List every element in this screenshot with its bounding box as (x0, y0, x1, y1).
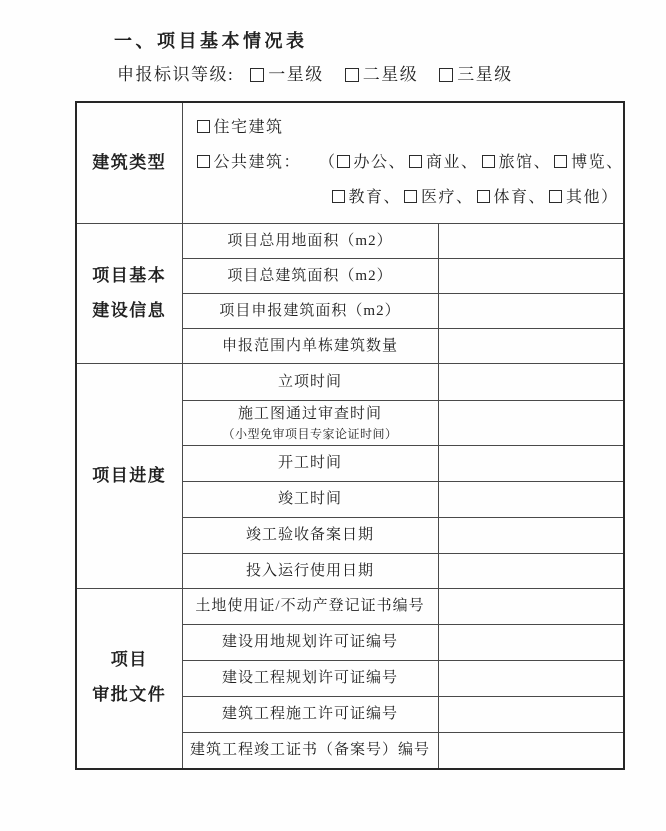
field-label: 项目总用地面积（m2） (182, 224, 438, 259)
public-option-label: 医疗、 (421, 189, 474, 206)
field-label-sub: （小型免审项目专家论证时间） (183, 426, 438, 443)
group-cell-basic-construction-info: 项目基本 建设信息 (76, 224, 182, 364)
checkbox-icon (197, 155, 210, 168)
public-option-label: 旅馆、 (499, 154, 552, 171)
rating-option-label: 一星级 (268, 65, 324, 84)
public-option-label: 教育、 (349, 189, 402, 206)
public-option: 教育、 (332, 189, 402, 206)
building-type-public-line2: 教育、医疗、体育、其他） (197, 183, 618, 213)
field-label: 建设工程规划许可证编号 (182, 661, 438, 697)
public-building-label: 公共建筑： (214, 154, 302, 171)
checkbox-icon (477, 190, 490, 203)
field-label: 开工时间 (182, 446, 438, 482)
field-value-cell (438, 482, 624, 518)
checkbox-icon (549, 190, 562, 203)
field-label: 立项时间 (182, 364, 438, 401)
paren-open: （ (327, 154, 337, 171)
field-value-cell (438, 589, 624, 625)
public-option: 办公、 (337, 154, 407, 171)
rating-option-one-star: 一星级 (250, 62, 324, 88)
group-cell-approval-documents: 项目 审批文件 (76, 589, 182, 769)
field-value-cell (438, 329, 624, 364)
public-option-label: 办公、 (354, 154, 407, 171)
group-label-line: 审批文件 (77, 678, 182, 713)
field-label: 项目申报建筑面积（m2） (182, 294, 438, 329)
public-option: 医疗、 (404, 189, 474, 206)
table-row: 项目 审批文件 土地使用证/不动产登记证书编号 (76, 589, 624, 625)
field-value-cell (438, 661, 624, 697)
checkbox-icon (337, 155, 350, 168)
public-option: 商业、 (409, 154, 479, 171)
building-type-residential: 住宅建筑 (197, 113, 618, 143)
field-value-cell (438, 259, 624, 294)
field-value-cell (438, 518, 624, 554)
group-label-line: 项目 (77, 643, 182, 678)
field-value-cell (438, 733, 624, 769)
group-label-line: 项目进度 (77, 459, 182, 494)
field-label: 建筑工程施工许可证编号 (182, 697, 438, 733)
field-label: 建设用地规划许可证编号 (182, 625, 438, 661)
field-label: 投入运行使用日期 (182, 554, 438, 589)
field-value-cell (438, 446, 624, 482)
rating-line: 申报标识等级: 一星级 二星级 三星级 (0, 62, 666, 88)
field-label: 申报范围内单栋建筑数量 (182, 329, 438, 364)
group-cell-building-type: 建筑类型 (76, 102, 182, 224)
rating-label: 申报标识等级: (117, 62, 234, 88)
field-label: 项目总建筑面积（m2） (182, 259, 438, 294)
field-value-cell (438, 364, 624, 401)
group-cell-project-schedule: 项目进度 (76, 364, 182, 589)
field-value-cell (438, 625, 624, 661)
public-option: 旅馆、 (482, 154, 552, 171)
checkbox-icon (250, 68, 264, 82)
field-label: 竣工时间 (182, 482, 438, 518)
table-row: 项目基本 建设信息 项目总用地面积（m2） (76, 224, 624, 259)
field-value-cell (438, 294, 624, 329)
rating-option-two-star: 二星级 (345, 62, 419, 88)
building-type-options-cell: 住宅建筑 公共建筑：（办公、商业、旅馆、博览、 教育、医疗、体育、其他） (182, 102, 624, 224)
field-label: 土地使用证/不动产登记证书编号 (182, 589, 438, 625)
checkbox-icon (439, 68, 453, 82)
field-value-cell (438, 697, 624, 733)
checkbox-icon (554, 155, 567, 168)
public-option-label: 其他） (566, 189, 619, 206)
public-option-label: 体育、 (494, 189, 547, 206)
residential-label: 住宅建筑 (214, 119, 284, 136)
project-info-table: 建筑类型 住宅建筑 公共建筑：（办公、商业、旅馆、博览、 教育、医疗、体育、其他… (75, 101, 625, 770)
field-value-cell (438, 224, 624, 259)
public-option-label: 博览、 (571, 154, 624, 171)
table-row: 项目进度 立项时间 (76, 364, 624, 401)
public-option: 体育、 (477, 189, 547, 206)
table-row: 建筑类型 住宅建筑 公共建筑：（办公、商业、旅馆、博览、 教育、医疗、体育、其他… (76, 102, 624, 224)
checkbox-icon (482, 155, 495, 168)
page-title: 一、项目基本情况表 (0, 30, 666, 53)
group-label-line: 项目基本 (77, 259, 182, 294)
field-label-main: 施工图通过审查时间 (183, 404, 438, 425)
checkbox-icon (409, 155, 422, 168)
checkbox-icon (332, 190, 345, 203)
group-label-line: 建设信息 (77, 294, 182, 329)
public-option: 其他） (549, 189, 619, 206)
rating-option-three-star: 三星级 (439, 62, 513, 88)
public-option-label: 商业、 (426, 154, 479, 171)
checkbox-icon (404, 190, 417, 203)
field-label: 建筑工程竣工证书（备案号）编号 (182, 733, 438, 769)
field-value-cell (438, 554, 624, 589)
checkbox-icon (197, 120, 210, 133)
checkbox-icon (345, 68, 359, 82)
public-option: 博览、 (554, 154, 624, 171)
field-label: 施工图通过审查时间 （小型免审项目专家论证时间） (182, 401, 438, 446)
rating-option-label: 三星级 (457, 65, 513, 84)
building-type-public-line1: 公共建筑：（办公、商业、旅馆、博览、 (197, 148, 618, 178)
field-label: 竣工验收备案日期 (182, 518, 438, 554)
field-value-cell (438, 401, 624, 446)
rating-option-label: 二星级 (363, 65, 419, 84)
scanned-form-page: 一、项目基本情况表 申报标识等级: 一星级 二星级 三星级 建筑类型 住宅建筑 … (0, 0, 666, 831)
